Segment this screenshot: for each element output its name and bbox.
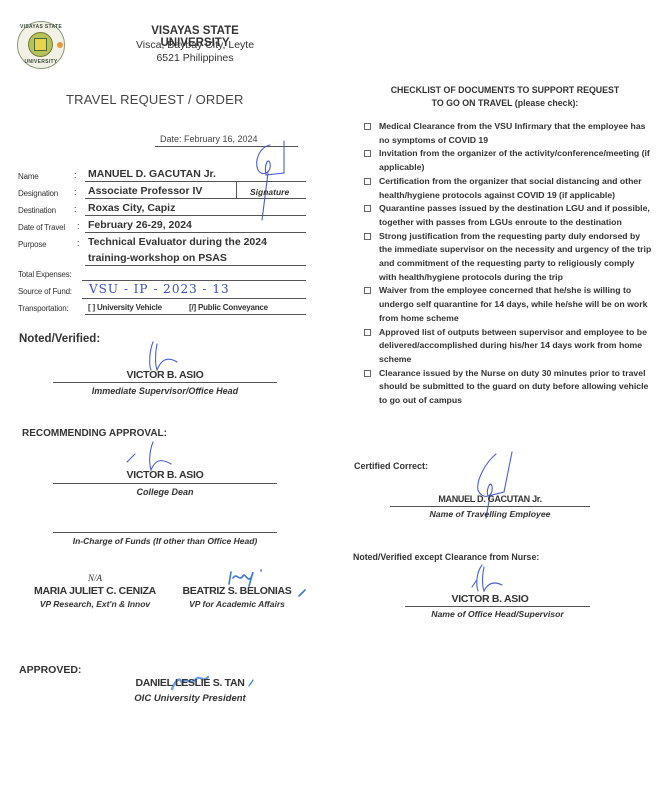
total-expenses-label: Total Expenses: <box>18 270 71 279</box>
logo-text-top: VISAYAS STATE <box>18 24 64 30</box>
noted-verified-heading: Noted/Verified: <box>19 333 100 345</box>
purpose-label: Purpose <box>18 240 46 249</box>
name-underline <box>85 181 306 182</box>
certified-name: MANUEL D. GACUTAN Jr. <box>390 494 590 504</box>
checkbox[interactable] <box>364 370 371 377</box>
noted-except-nurse-heading: Noted/Verified except Clearance from Nur… <box>353 552 539 562</box>
designation-value[interactable]: Associate Professor IV <box>88 185 202 197</box>
document-title: TRAVEL REQUEST / ORDER <box>66 92 244 107</box>
checklist-item-text: Certification from the organizer that so… <box>379 176 642 200</box>
signature-divider <box>236 182 237 199</box>
recommending-name: VICTOR B. ASIO <box>53 469 277 481</box>
transport-option-public-conveyance[interactable]: [/] Public Conveyance <box>189 303 268 312</box>
logo-text-bottom: UNIVERSITY <box>18 59 64 65</box>
funds-role: In-Charge of Funds (If other than Office… <box>53 536 277 546</box>
checklist-item-medical-clearance[interactable]: Medical Clearance from the VSU Infirmary… <box>364 120 654 147</box>
purpose-underline <box>85 265 306 266</box>
vp-academic-initial-mark <box>298 589 308 597</box>
noted-verified-line <box>53 382 277 383</box>
approved-heading: APPROVED: <box>19 664 81 676</box>
designation-underline <box>85 198 306 199</box>
checklist-item-quarantine-passes[interactable]: Quarantine passes issued by the destinat… <box>364 202 654 229</box>
destination-label: Destination <box>18 206 56 215</box>
office-head-signature <box>468 563 518 595</box>
address-line-1: Visca, Baybay City, Leyte <box>125 39 265 52</box>
checkbox[interactable] <box>364 287 371 294</box>
university-address: Visca, Baybay City, Leyte 6521 Philippin… <box>125 39 265 65</box>
date-of-travel-label: Date of Travel <box>18 223 65 232</box>
recommending-approval-heading: RECOMMENDING APPROVAL: <box>22 428 167 439</box>
president-initial-mark <box>247 679 257 687</box>
date-of-travel-colon: : <box>77 221 80 231</box>
recommending-role: College Dean <box>53 487 277 497</box>
checklist-title: CHECKLIST OF DOCUMENTS TO SUPPORT REQUES… <box>355 84 655 109</box>
source-of-fund-value[interactable]: VSU - IP - 2023 - 13 <box>89 282 230 296</box>
vp-academic-name: BEATRIZ S. BELONIAS <box>172 585 302 597</box>
checklist-title-line1: CHECKLIST OF DOCUMENTS TO SUPPORT REQUES… <box>355 84 655 97</box>
vp-research-name: MARIA JULIET C. CENIZA <box>25 585 165 597</box>
total-expenses-underline <box>82 280 306 281</box>
checklist-item-text: Strong justification from the requesting… <box>379 231 651 282</box>
noted-verified-name: VICTOR B. ASIO <box>53 369 277 381</box>
noted-except-nurse-role: Name of Office Head/Supervisor <box>400 609 595 619</box>
approved-name: DANIEL LESLIE S. TAN <box>120 677 260 689</box>
requester-signature <box>250 135 290 225</box>
checklist-item-text: Quarantine passes issued by the destinat… <box>379 203 650 227</box>
certified-correct-heading: Certified Correct: <box>354 461 428 471</box>
source-of-fund-underline <box>82 298 306 299</box>
checklist-item-waiver[interactable]: Waiver from the employee concerned that … <box>364 284 654 325</box>
approved-role: OIC University President <box>110 693 270 704</box>
purpose-value-line1[interactable]: Technical Evaluator during the 2024 <box>88 236 267 248</box>
vp-research-role: VP Research, Ext'n & Innov <box>25 599 165 609</box>
checklist-item-text: Invitation from the organizer of the act… <box>379 148 650 172</box>
checklist-item-text: Medical Clearance from the VSU Infirmary… <box>379 121 646 145</box>
checkbox[interactable] <box>364 233 371 240</box>
checklist-item-text: Clearance issued by the Nurse on duty 30… <box>379 368 648 405</box>
transportation-label: Transportation: <box>18 304 69 313</box>
checkbox[interactable] <box>364 150 371 157</box>
checkbox[interactable] <box>364 205 371 212</box>
logo-emblem <box>34 38 47 51</box>
date-of-travel-value[interactable]: February 26-29, 2024 <box>88 219 192 231</box>
checklist: Medical Clearance from the VSU Infirmary… <box>364 120 654 408</box>
transport-option-university-vehicle[interactable]: [ ] University Vehicle <box>88 303 162 312</box>
address-line-2: 6521 Philippines <box>125 52 265 65</box>
university-logo: VISAYAS STATE UNIVERSITY <box>17 21 65 69</box>
source-of-fund-label: Source of Fund: <box>18 287 72 296</box>
checklist-item-certification[interactable]: Certification from the organizer that so… <box>364 175 654 202</box>
vp-academic-role: VP for Academic Affairs <box>172 599 302 609</box>
vp-research-na: N/A <box>40 573 150 583</box>
destination-colon: : <box>74 204 77 214</box>
checklist-item-text: Approved list of outputs between supervi… <box>379 327 647 364</box>
certified-role: Name of Travelling Employee <box>390 509 590 519</box>
request-date: Date: February 16, 2024 <box>160 134 258 144</box>
noted-except-nurse-line <box>405 606 590 607</box>
checklist-item-invitation[interactable]: Invitation from the organizer of the act… <box>364 147 654 174</box>
funds-line <box>53 532 277 533</box>
employee-signature <box>470 440 530 520</box>
transportation-underline <box>85 314 306 315</box>
certified-line <box>390 506 590 507</box>
name-value[interactable]: MANUEL D. GACUTAN Jr. <box>88 168 216 180</box>
checkbox[interactable] <box>364 178 371 185</box>
destination-value[interactable]: Roxas City, Capiz <box>88 202 175 214</box>
checklist-item-nurse-clearance[interactable]: Clearance issued by the Nurse on duty 30… <box>364 367 654 408</box>
logo-dot <box>57 42 63 48</box>
checklist-item-text: Waiver from the employee concerned that … <box>379 285 647 322</box>
name-label: Name <box>18 172 39 181</box>
designation-label: Designation <box>18 189 58 198</box>
name-colon: : <box>74 170 77 180</box>
date-of-travel-underline <box>85 232 306 233</box>
purpose-value-line2[interactable]: training-workshop on PSAS <box>88 252 227 264</box>
signature-label: Signature <box>250 187 289 197</box>
checklist-item-approved-outputs[interactable]: Approved list of outputs between supervi… <box>364 326 654 367</box>
destination-underline <box>85 215 306 216</box>
designation-colon: : <box>74 187 77 197</box>
checkbox[interactable] <box>364 123 371 130</box>
checklist-title-line2: TO GO ON TRAVEL (please check): <box>355 97 655 110</box>
noted-verified-role: Immediate Supervisor/Office Head <box>53 386 277 396</box>
purpose-colon: : <box>77 238 80 248</box>
noted-except-nurse-name: VICTOR B. ASIO <box>400 593 580 605</box>
checklist-item-justification[interactable]: Strong justification from the requesting… <box>364 230 654 285</box>
recommending-line <box>53 483 277 484</box>
checkbox[interactable] <box>364 329 371 336</box>
